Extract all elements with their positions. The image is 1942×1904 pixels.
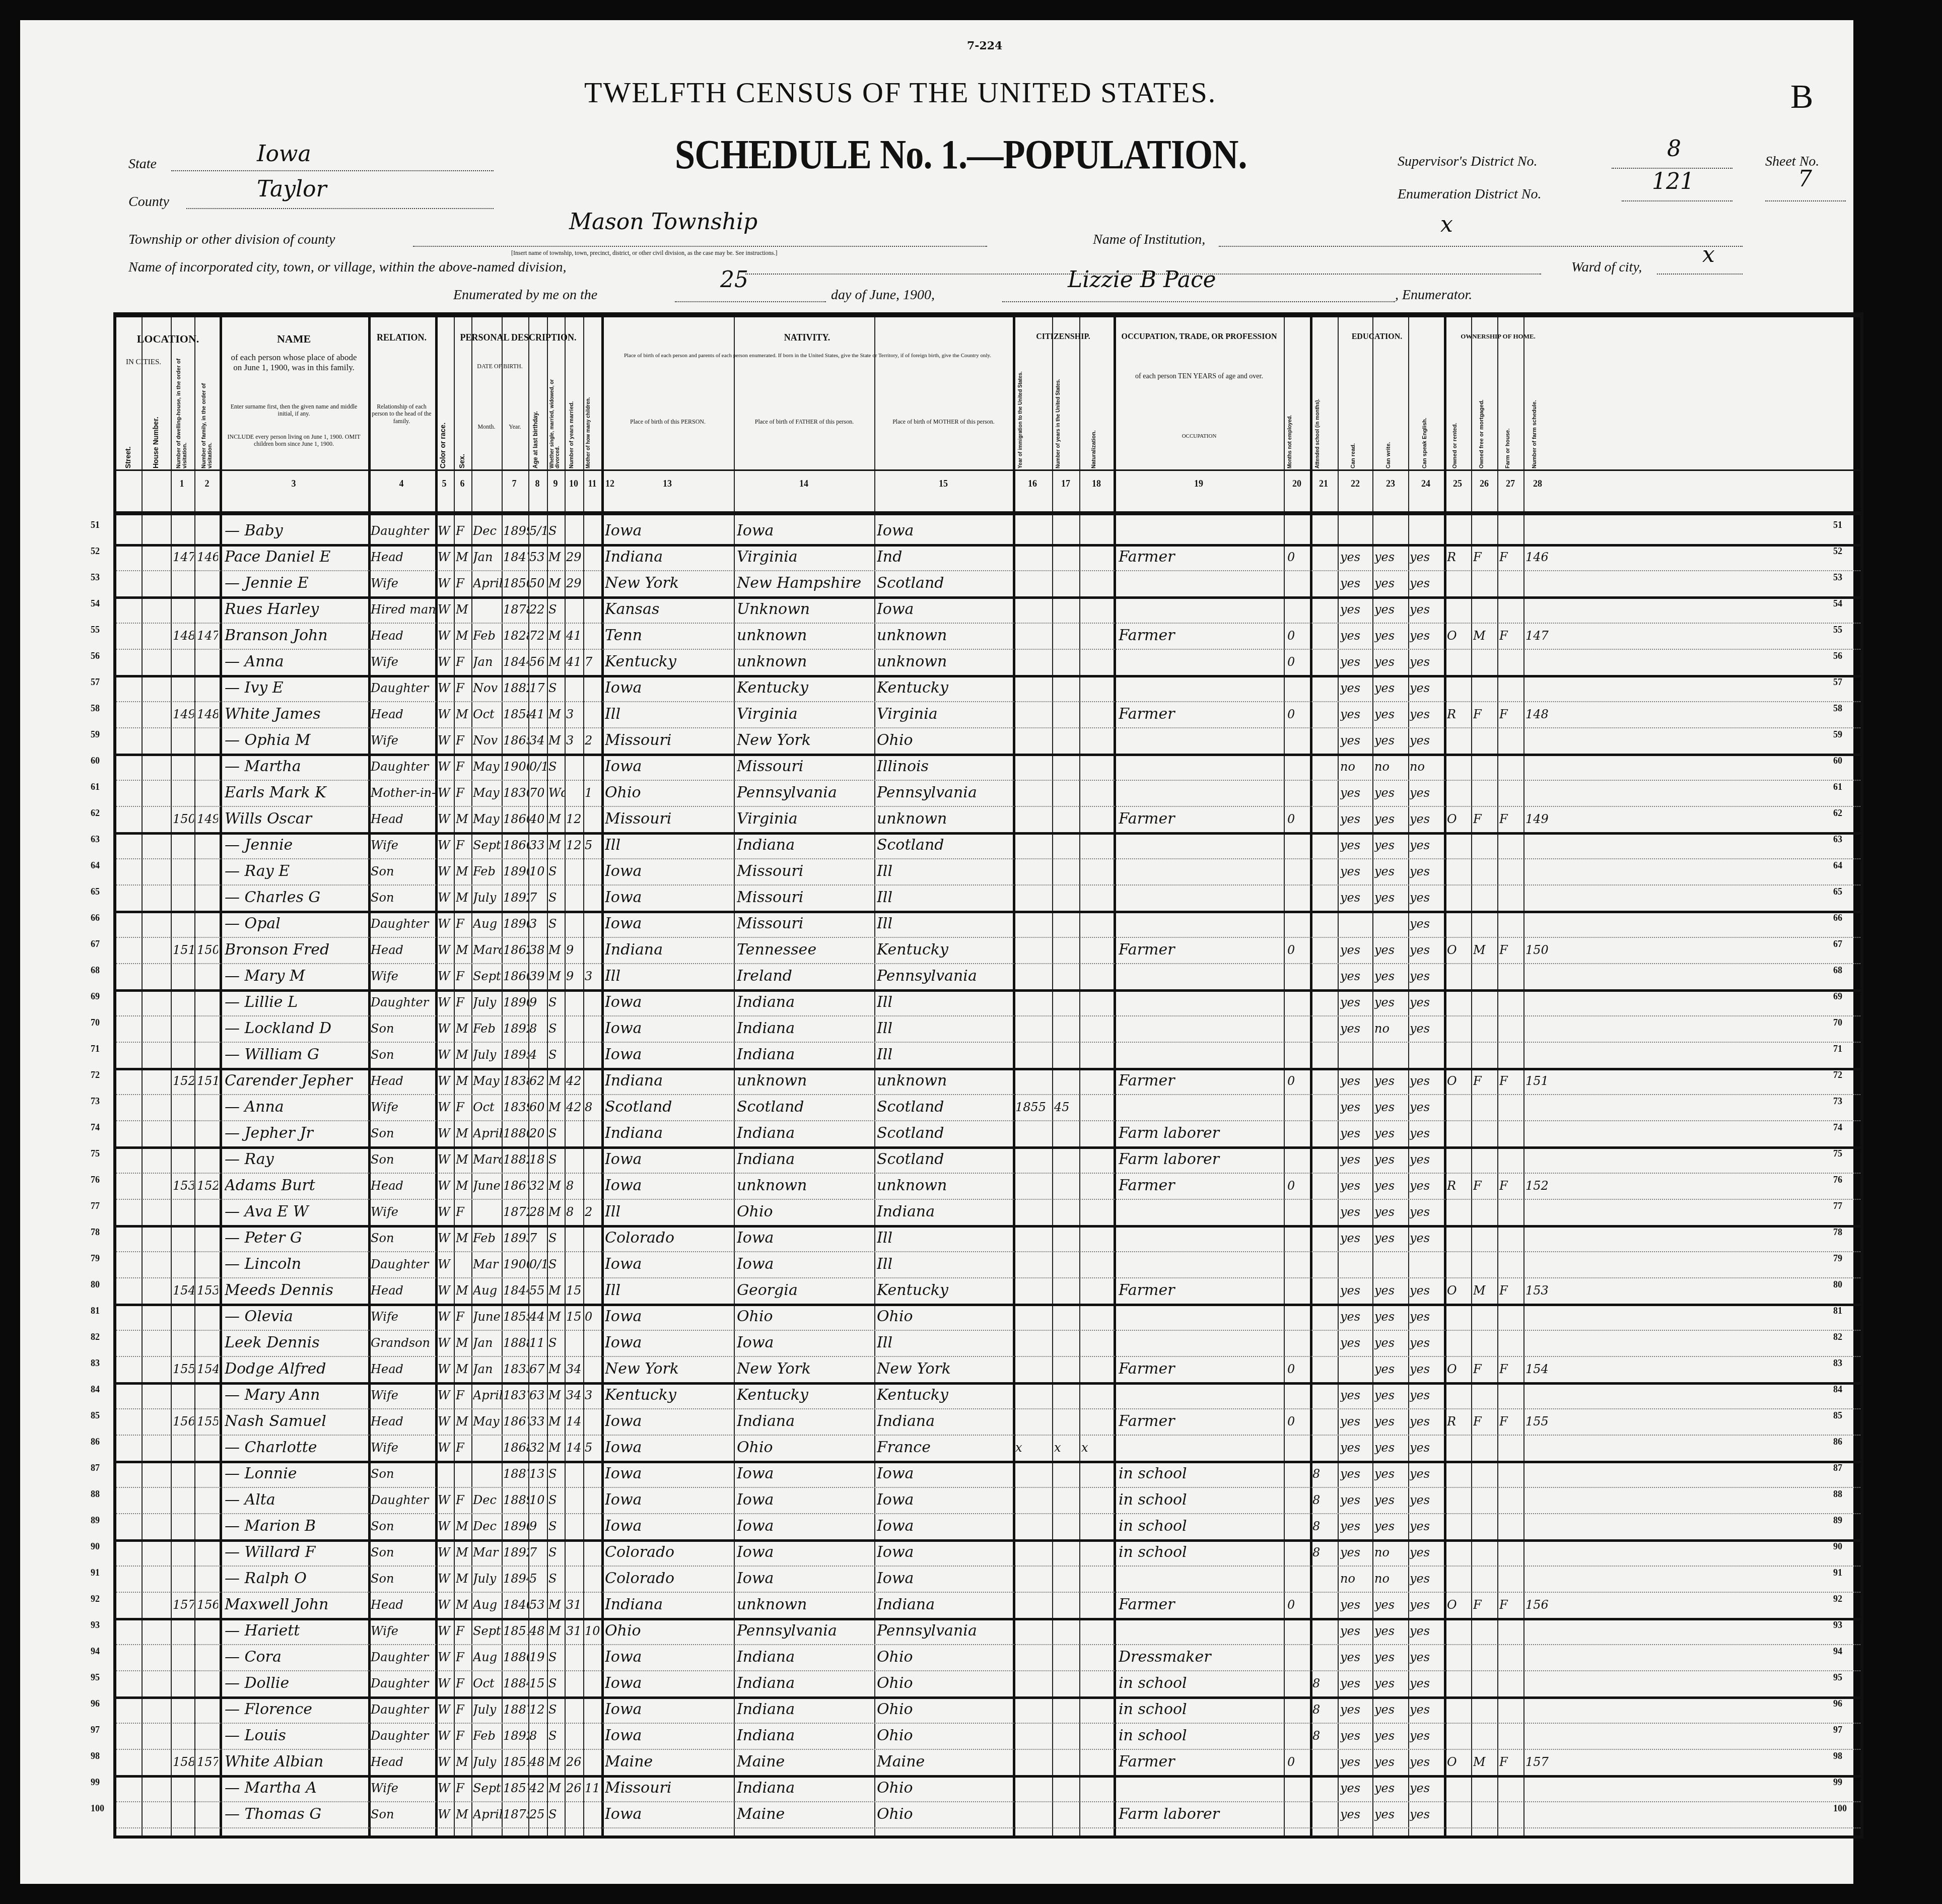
cell-sch: 8 [1312,1493,1337,1507]
cell-age: 39 [529,969,547,983]
row-number: 61 [1833,782,1842,792]
cell-yr: 1844 [503,655,528,669]
table-row: — HariettWifeWFSept185148M3110OhioPennsy… [116,1618,1860,1645]
cell-age: 10 [529,1493,547,1507]
column-number: 2 [197,479,217,489]
row-number: 71 [91,1044,100,1054]
cell-mc: 11 [585,1781,601,1795]
cell-rel: Son [371,1152,435,1167]
table-row: — Lockland DSonWMFeb18928SIowaIndianaIll… [116,1015,1860,1043]
cell-bp: Ohio [605,1622,733,1640]
row-number: 53 [1833,572,1842,583]
cell-col: W [438,1624,453,1638]
column-number: 24 [1416,479,1436,489]
cell-fam: 146 [197,550,218,564]
table-row: — LincolnDaughterWMar19000/12SIowaIowaIl… [116,1251,1860,1278]
cell-ms: S [548,891,565,905]
cell-ym: 9 [566,969,583,983]
row-number: 66 [91,913,100,923]
cell-yr: 1850 [503,576,528,590]
row-number: 72 [91,1070,100,1080]
cell-fh: F [1499,812,1522,826]
cell-own: O [1447,1755,1470,1769]
cell-mu: 0 [1287,1755,1310,1769]
cell-bp: Iowa [605,1701,733,1718]
cell-mo: July [473,995,502,1009]
cell-name: — Charlotte [225,1439,368,1456]
table-row: — Ray ESonWMFeb189010SIowaMissouriIllyes… [116,858,1860,886]
table-row: — Mary MWifeWFSept186039M93IllIrelandPen… [116,963,1860,992]
cell-rd: yes [1340,1231,1371,1245]
cell-sch: 8 [1312,1545,1337,1559]
table-row: — LonnieSon188713SIowaIowaIowain school8… [116,1461,1860,1488]
cell-bm: Ill [877,915,1012,932]
cell-mu: 0 [1287,707,1310,721]
cell-wr: yes [1374,1074,1407,1088]
cell-yr: 1833 [503,1362,528,1376]
cell-rd: yes [1340,1441,1371,1455]
header-name: NAME [220,332,368,346]
cell-rd: yes [1340,655,1371,669]
cell-mo: Jan [473,1336,502,1350]
cell-bm: Scotland [877,1124,1012,1142]
vh-months-unemployed: Months not employed. [1287,393,1302,468]
cell-ym: 26 [566,1781,583,1795]
cell-ms: Wd [548,786,565,800]
column-number: 22 [1345,479,1365,489]
cell-name: — Baby [225,522,368,539]
cell-bm: Iowa [877,522,1012,539]
row-number: 81 [1833,1306,1842,1316]
cell-bf: Iowa [737,1543,873,1561]
cell-rel: Daughter [371,524,435,538]
cell-own: O [1447,1598,1470,1612]
table-row: 148147Branson JohnHeadWMFeb182872M41Tenn… [116,623,1860,650]
row-number: 88 [1833,1489,1842,1500]
cell-bf: Indiana [737,1150,873,1168]
cell-col: W [438,786,453,800]
column-number: 16 [1022,479,1043,489]
cell-sex: F [456,786,471,800]
cell-rd: yes [1340,1152,1371,1167]
cell-mu: 0 [1287,1074,1310,1088]
cell-en: yes [1410,655,1443,669]
enumerator-name: Lizzie B Pace [1068,267,1216,293]
row-number: 94 [1833,1646,1842,1657]
cell-rd: no [1340,1572,1371,1586]
cell-en: yes [1410,1283,1443,1298]
cell-fm: F [1473,1598,1496,1612]
row-number: 91 [1833,1568,1842,1578]
cell-sex: M [456,1572,471,1586]
cell-bp: Iowa [605,1727,733,1744]
cell-mc: 5 [585,838,601,852]
cell-name: — Jepher Jr [225,1124,368,1142]
cell-dw: 153 [173,1179,194,1193]
cell-sex: M [456,1283,471,1298]
cell-fs: 147 [1525,629,1556,643]
cell-rel: Wife [371,1310,435,1324]
cell-age: 72 [529,629,547,643]
cell-rd: yes [1340,864,1371,878]
cell-rd: yes [1340,1283,1371,1298]
cell-ym: 31 [566,1598,583,1612]
township-value: Mason Township [569,209,757,235]
cell-en: yes [1410,1755,1443,1769]
table-row: — Thomas GSonWMApril187525SIowaMaineOhio… [116,1801,1860,1828]
cell-name: — Thomas G [225,1805,368,1823]
cell-occ: Farmer [1119,548,1282,566]
cell-ym: 8 [566,1205,583,1219]
cell-fam: 155 [197,1414,218,1429]
table-row: Earls Mark KMother-in-lawWFMay183070Wd1O… [116,780,1860,807]
cell-name: — Lonnie [225,1465,368,1482]
cell-rel: Wife [371,1624,435,1638]
cell-mu: 0 [1287,550,1310,564]
cell-yr: 1872 [503,1205,528,1219]
cell-rd: yes [1340,707,1371,721]
cell-mo: Jan [473,655,502,669]
cell-en: yes [1410,917,1443,931]
row-number: 96 [1833,1698,1842,1709]
vh-owned: Owned or rented. [1452,393,1458,468]
cell-bf: Ohio [737,1203,873,1220]
cell-fs: 149 [1525,812,1556,826]
cell-en: yes [1410,1022,1443,1036]
row-number: 84 [91,1384,100,1395]
row-number: 70 [1833,1017,1842,1028]
cell-dw: 149 [173,707,194,721]
cell-rel: Son [371,891,435,905]
cell-ym: 8 [566,1179,583,1193]
row-number: 94 [91,1646,100,1657]
cell-ms: S [548,1572,565,1586]
cell-bp: Iowa [605,1412,733,1430]
cell-rel: Daughter [371,917,435,931]
cell-bf: Pennsylvania [737,784,873,801]
day-line [675,286,826,302]
cell-rd: yes [1340,629,1371,643]
cell-yr: 1890 [503,995,528,1009]
cell-bf: Ohio [737,1439,873,1456]
cell-name: — Mary M [225,967,368,985]
cell-bp: Indiana [605,1596,733,1613]
cell-fs: 150 [1525,943,1556,957]
cell-name: — Jennie [225,836,368,854]
cell-ms: S [548,681,565,695]
cell-age: 5 [529,1572,547,1586]
cell-age: 12 [529,1703,547,1717]
cell-bm: Ill [877,862,1012,880]
cell-bp: Scotland [605,1098,733,1116]
cell-bf: Missouri [737,915,873,932]
institution-label: Name of Institution, [1093,232,1205,248]
cell-age: 13 [529,1467,547,1481]
row-number: 92 [91,1594,100,1604]
cell-occ: in school [1119,1517,1282,1535]
cell-yr: 1892 [503,1729,528,1743]
row-number: 78 [91,1227,100,1238]
row-number: 73 [91,1096,100,1107]
cell-sch: 8 [1312,1676,1337,1690]
cell-mc: 2 [585,1205,601,1219]
cell-name: Maxwell John [225,1596,368,1613]
row-number: 97 [1833,1725,1842,1735]
cell-mc: 2 [585,733,601,747]
cell-fs: 157 [1525,1755,1556,1769]
cell-en: yes [1410,1310,1443,1324]
cell-ym: 29 [566,550,583,564]
cell-mc: 10 [585,1624,601,1638]
cell-en: yes [1410,1650,1443,1664]
cell-own: O [1447,1362,1470,1376]
cell-yr: 1851 [503,1755,528,1769]
row-number: 86 [1833,1437,1842,1447]
cell-mo: April [473,1388,502,1402]
row-number: 60 [1833,756,1842,766]
cell-rel: Daughter [371,1676,435,1690]
cell-wr: yes [1374,1100,1407,1114]
cell-ms: S [548,1807,565,1821]
cell-col: W [438,1152,453,1167]
cell-sex: F [456,995,471,1009]
cell-sex: F [456,1205,471,1219]
cell-mu: 0 [1287,655,1310,669]
cell-en: yes [1410,1676,1443,1690]
cell-bf: New York [737,1360,873,1378]
cell-occ: in school [1119,1543,1282,1561]
header-birth-mother: Place of birth of MOTHER of this person. [877,418,1010,425]
cell-sex: F [456,1441,471,1455]
cell-en: yes [1410,1572,1443,1586]
cell-bp: Iowa [605,915,733,932]
vh-color: Color or race. [439,403,447,468]
cell-col: W [438,1310,453,1324]
cell-bf: Indiana [737,836,873,854]
cell-ms: M [548,1205,565,1219]
cell-bf: Indiana [737,1701,873,1718]
cell-age: 63 [529,1388,547,1402]
row-number: 63 [91,834,100,845]
table-row: Rues HarleyHired manWM187822SKansasUnkno… [116,596,1860,624]
cell-mo: Dec [473,524,502,538]
cell-ms: S [548,1703,565,1717]
row-number: 66 [1833,913,1842,923]
schedule-title: SCHEDULE No. 1.—POPULATION. [675,131,1247,178]
cell-ms: S [548,1231,565,1245]
cell-bp: Tenn [605,627,733,644]
cell-occ: in school [1119,1491,1282,1509]
cell-rel: Wife [371,1100,435,1114]
cell-wr: yes [1374,1362,1407,1376]
column-number: 6 [452,479,472,489]
cell-age: 48 [529,1755,547,1769]
cell-en: yes [1410,602,1443,617]
cell-bp: Indiana [605,941,733,959]
cell-mo: Sept [473,969,502,983]
cell-fh: F [1499,1179,1522,1193]
cell-ym: 34 [566,1362,583,1376]
cell-name: — Lockland D [225,1019,368,1037]
cell-bm: Scotland [877,1098,1012,1116]
supervisor-district: 8 [1667,136,1681,162]
cell-yr: 1847 [503,550,528,564]
cell-rel: Head [371,1283,435,1298]
cell-rel: Hired man [371,602,435,617]
cell-sex: F [456,524,471,538]
cell-bm: Ohio [877,1308,1012,1325]
cell-age: 60 [529,1100,547,1114]
cell-en: yes [1410,969,1443,983]
cell-fam: 154 [197,1362,218,1376]
cell-rel: Head [371,1414,435,1429]
cell-mo: May [473,786,502,800]
row-number: 57 [91,677,100,688]
cell-rd: yes [1340,1493,1371,1507]
vh-write: Can write. [1385,418,1392,468]
cell-rd: yes [1340,681,1371,695]
cell-fam: 147 [197,629,218,643]
cell-fm: F [1473,1074,1496,1088]
cell-name: — Louis [225,1727,368,1744]
cell-rel: Son [371,1467,435,1481]
cell-bp: Missouri [605,731,733,749]
cell-sex: M [456,629,471,643]
cell-wr: yes [1374,1703,1407,1717]
cell-own: R [1447,707,1470,721]
cell-mc: 0 [585,1310,601,1324]
cell-en: yes [1410,629,1443,643]
cell-fm: M [1473,943,1496,957]
cell-mo: Aug [473,1283,502,1298]
cell-bf: Iowa [737,1570,873,1587]
cell-bf: Indiana [737,993,873,1011]
cell-yr: 1860 [503,969,528,983]
table-row: — William GSonWMJuly18954SIowaIndianaIll [116,1042,1860,1070]
vh-dwelling: Number of dwelling-house, in the order o… [176,358,191,468]
cell-age: 8 [529,1729,547,1743]
cell-occ: in school [1119,1465,1282,1482]
cell-name: — Lincoln [225,1255,368,1273]
cell-bf: unknown [737,1596,873,1613]
cell-yr: 1894 [503,1572,528,1586]
sheet-letter: B [1790,77,1813,116]
cell-name: — William G [225,1046,368,1063]
cell-age: 41 [529,707,547,721]
cell-en: yes [1410,1362,1443,1376]
row-number: 57 [1833,677,1842,688]
cell-bm: Indiana [877,1412,1012,1430]
table-row: — Marion BSonWMDec18909SIowaIowaIowain s… [116,1513,1860,1542]
row-number: 76 [1833,1175,1842,1185]
cell-bp: Iowa [605,1439,733,1456]
cell-bm: Indiana [877,1203,1012,1220]
cell-fs: 156 [1525,1598,1556,1612]
cell-bm: Ill [877,1229,1012,1247]
cell-yr: 1892 [503,891,528,905]
cell-name: Leek Dennis [225,1334,368,1351]
cell-col: W [438,1231,453,1245]
cell-yr: 1868 [503,1441,528,1455]
cell-age: 38 [529,943,547,957]
row-number: 82 [91,1332,100,1342]
cell-name: — Marion B [225,1517,368,1535]
cell-sex: M [456,943,471,957]
cell-rel: Grandson [371,1336,435,1350]
cell-mo: Aug [473,1650,502,1664]
cell-col: W [438,1257,453,1271]
column-number: 7 [504,479,524,489]
cell-mo: April [473,1126,502,1140]
cell-bf: Tennessee [737,941,873,959]
cell-ms: M [548,1179,565,1193]
cell-bm: Scotland [877,574,1012,592]
cell-ym: 12 [566,838,583,852]
cell-name: — Opal [225,915,368,932]
cell-rel: Son [371,1545,435,1559]
cell-age: 17 [529,681,547,695]
cell-sex: M [456,891,471,905]
cell-own: R [1447,1179,1470,1193]
cell-yr: 1884 [503,1676,528,1690]
cell-wr: yes [1374,1231,1407,1245]
cell-own: O [1447,943,1470,957]
cell-ms: M [548,1781,565,1795]
cell-bf: Kentucky [737,1386,873,1404]
cell-rd: yes [1340,1676,1371,1690]
row-number: 74 [91,1122,100,1133]
cell-mu: 0 [1287,629,1310,643]
column-number: 4 [391,479,411,489]
cell-rd: yes [1340,576,1371,590]
cell-bf: unknown [737,1177,873,1194]
cell-sex: M [456,1519,471,1533]
cell-name: — Peter G [225,1229,368,1247]
row-number: 84 [1833,1384,1842,1395]
cell-bm: unknown [877,1177,1012,1194]
cell-occ: Farmer [1119,1072,1282,1090]
cell-occ: Farm laborer [1119,1150,1282,1168]
cell-rd: yes [1340,1074,1371,1088]
cell-rd: yes [1340,1467,1371,1481]
cell-col: W [438,943,453,957]
cell-imm: x [1015,1441,1051,1455]
row-number: 100 [1833,1803,1847,1814]
cell-sex: F [456,1781,471,1795]
cell-en: yes [1410,891,1443,905]
cell-mo: Jan [473,550,502,564]
cell-bf: Maine [737,1753,873,1771]
cell-mo: Feb [473,629,502,643]
cell-name: — Martha A [225,1779,368,1797]
cell-age: 11 [529,1336,547,1350]
table-row: — CoraDaughterWFAug188019SIowaIndianaOhi… [116,1644,1860,1671]
cell-sex: F [456,1729,471,1743]
cell-mu: 0 [1287,1598,1310,1612]
header-name-instr: Enter surname first, then the given name… [227,403,361,418]
cell-rel: Head [371,1362,435,1376]
cell-mc: 1 [585,786,601,800]
cell-sex: F [456,1388,471,1402]
cell-age: 9 [529,1519,547,1533]
cell-name: Pace Daniel E [225,548,368,566]
cell-mo: Feb [473,1231,502,1245]
header-relation: RELATION. [368,332,435,343]
cell-ms: S [548,1676,565,1690]
cell-col: W [438,864,453,878]
cell-age: 32 [529,1179,547,1193]
cell-mo: Jan [473,1362,502,1376]
